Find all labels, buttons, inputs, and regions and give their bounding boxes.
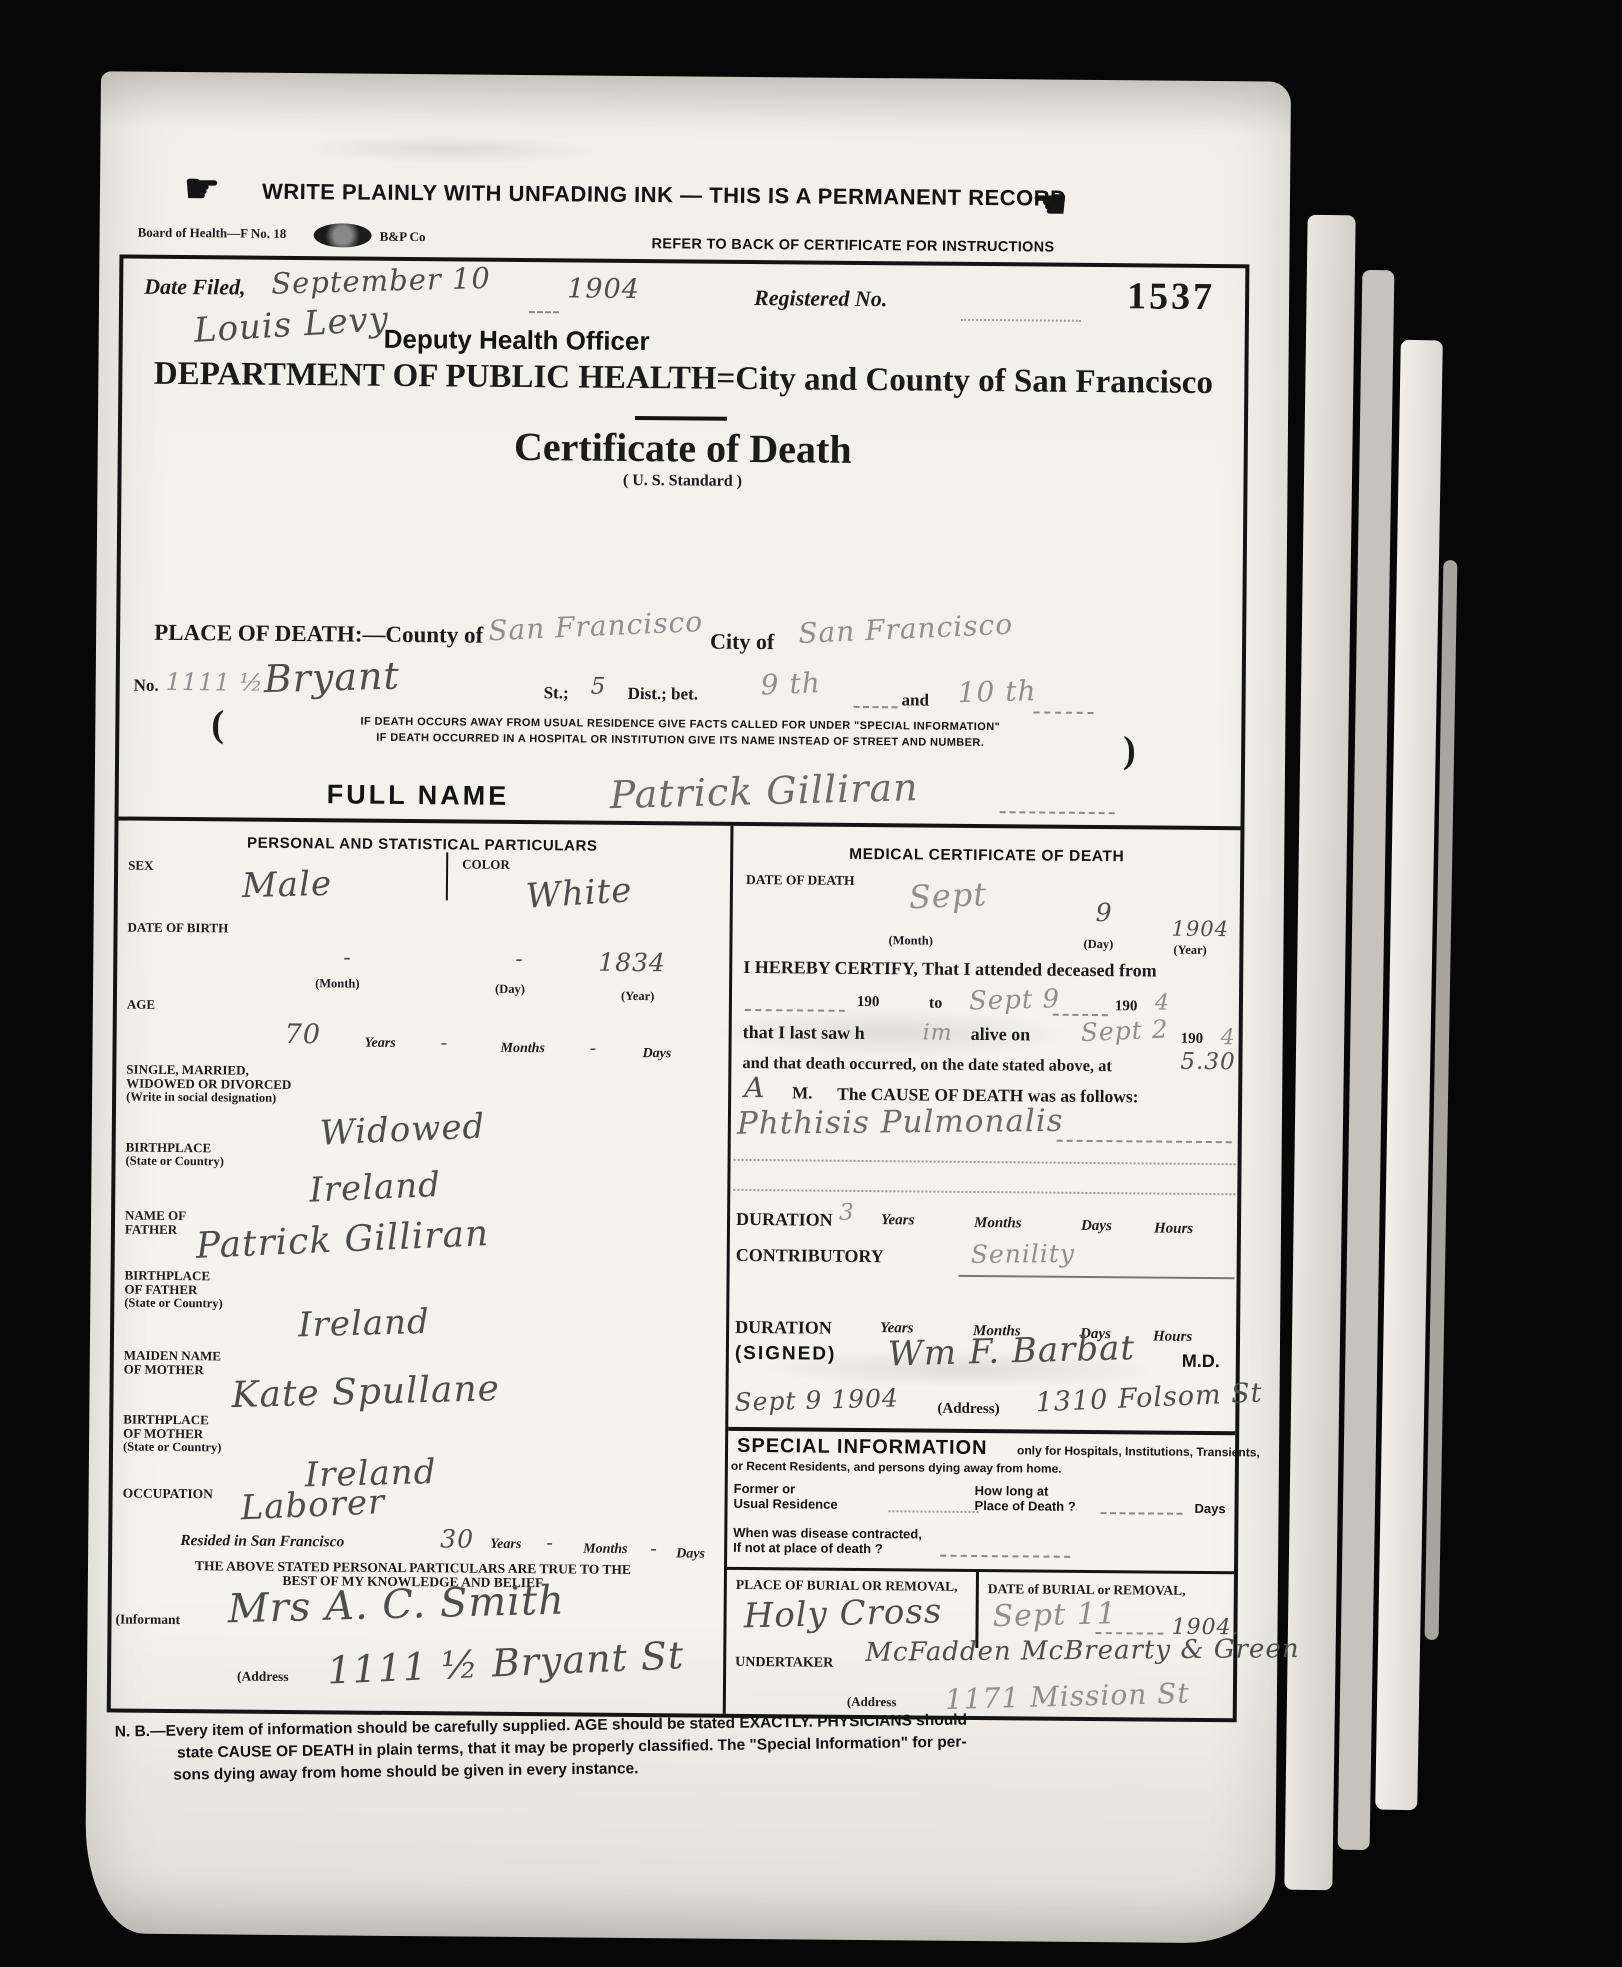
date-of-death-label: DATE OF DEATH (746, 872, 855, 889)
date-of-death-day-value: 9 (1096, 898, 1113, 927)
date-filed-leader (529, 311, 559, 313)
last-saw-label: that I last saw h (743, 1022, 865, 1044)
md-label: M.D. (1182, 1351, 1220, 1372)
special-info-sub1: only for Hospitals, Institutions, Transi… (1017, 1443, 1260, 1459)
banner-text: WRITE PLAINLY WITH UNFADING INK — THIS I… (262, 179, 1067, 212)
signed-address-label: (Address) (937, 1401, 999, 1419)
attended-to-year-label: 190 (1115, 998, 1138, 1015)
resided-years-label: Years (490, 1537, 521, 1553)
registered-no-value: 1537 (1127, 274, 1215, 319)
age-label: AGE (127, 997, 155, 1013)
birthplace-value: Ireland (309, 1165, 442, 1211)
house-number-value: 1111 ½ (166, 668, 264, 697)
undertaker-value: McFadden McBrearty & Green (865, 1634, 1299, 1668)
physician-signature: Wm F. Barbat (887, 1328, 1135, 1374)
and-label: and (902, 690, 930, 710)
date-filed-label: Date Filed, (144, 274, 246, 301)
how-long-label-line2: Place of Death ? (975, 1498, 1076, 1514)
meridiem-label: M. (792, 1083, 812, 1103)
full-name-value: Patrick Gilliran (609, 765, 919, 817)
signed-label: (SIGNED) (735, 1343, 837, 1366)
informant-address-label: (Address (237, 1669, 289, 1685)
fine-print-close-paren: ) (1123, 728, 1136, 772)
death-occurred-label: and that death occurred, on the date sta… (742, 1053, 1112, 1076)
occupation-label: OCCUPATION (123, 1486, 213, 1503)
former-residence-label-line1: Former or (734, 1481, 796, 1497)
attended-from-year-label: 190 (857, 994, 880, 1011)
board-of-health-stamp-icon (314, 223, 372, 248)
color-label: COLOR (462, 856, 510, 872)
attended-to-year-value: 4 (1155, 991, 1170, 1016)
undertaker-label: UNDERTAKER (735, 1655, 833, 1672)
marital-value: Widowed (319, 1106, 486, 1153)
certificate-title: Certificate of Death (118, 419, 1248, 476)
age-months-label: Months (500, 1041, 544, 1057)
color-value: White (525, 870, 634, 916)
burial-place-value: Holy Cross (743, 1591, 943, 1636)
dob-year-label: (Year) (621, 989, 654, 1004)
informant-label: (Informant (115, 1611, 180, 1628)
district-value: 5 (591, 674, 607, 700)
occupation-value: Laborer (240, 1482, 386, 1528)
footnote: N. B.—Every item of information should b… (115, 1708, 1231, 1786)
street-value: Bryant (263, 654, 400, 702)
resided-years-value: 30 (440, 1524, 474, 1553)
mother-name-value: Kate Spullane (231, 1368, 500, 1416)
am-fill-value: A (744, 1071, 766, 1104)
duration-days-label: Days (1081, 1218, 1112, 1235)
title-divider (635, 416, 727, 421)
cause-of-death-value: Phthisis Pulmonalis (737, 1103, 1064, 1142)
duration-label: DURATION (736, 1209, 833, 1231)
how-long-label-line1: How long at (975, 1483, 1049, 1499)
special-info-title: SPECIAL INFORMATION (737, 1435, 988, 1460)
date-filed-year: 1904 (567, 273, 640, 305)
dob-day-label: (Day) (495, 982, 525, 997)
sex-value: Male (241, 864, 332, 906)
age-years-value: 70 (285, 1019, 322, 1050)
duration-years-value: 3 (839, 1200, 855, 1226)
how-long-days-label: Days (1194, 1501, 1225, 1516)
sex-label: SEX (128, 858, 153, 874)
dod-year-label: (Year) (1173, 943, 1206, 958)
certificate-page: ☛ WRITE PLAINLY WITH UNFADING INK — THIS… (85, 71, 1291, 1943)
last-saw-fill-value: im (923, 1021, 953, 1046)
contributory-label: CONTRIBUTORY (736, 1245, 884, 1267)
sex-color-divider (446, 852, 448, 900)
age-years-label: Years (365, 1036, 396, 1052)
resided-months-value: - (546, 1530, 554, 1554)
district-label: Dist.; bet. (628, 684, 699, 705)
between-street-b: 10 th (957, 674, 1037, 709)
undertaker-address-label: (Address (847, 1694, 897, 1710)
age-months-value: - (440, 1030, 448, 1054)
duration2-hours-label: Hours (1153, 1329, 1192, 1346)
printer-mark: B&P Co (380, 229, 426, 245)
last-saw-year-label: 190 (1181, 1031, 1204, 1048)
between-street-a: 9 th (760, 666, 821, 702)
duration-months-label: Months (974, 1215, 1022, 1232)
last-saw-year-value: 4 (1221, 1025, 1236, 1050)
death-time-value: 5.30 (1180, 1049, 1235, 1075)
age-days-label: Days (642, 1046, 671, 1062)
resided-label: Resided in San Francisco (180, 1532, 344, 1551)
date-filed-value: September 10 (271, 261, 491, 301)
form-number: Board of Health—F No. 18 (138, 225, 287, 242)
disease-contracted-label-line1: When was disease contracted, (733, 1525, 922, 1542)
city-label: City of (710, 629, 774, 656)
refer-note: REFER TO BACK OF CERTIFICATE FOR INSTRUC… (651, 236, 1054, 256)
age-days-value: - (589, 1036, 597, 1060)
mother-name-label-line2: OF MOTHER (124, 1362, 204, 1379)
burial-date-value: Sept 11 (992, 1596, 1117, 1634)
dod-month-label: (Month) (888, 933, 933, 948)
disease-contracted-label-line2: If not at place of death ? (733, 1540, 883, 1556)
informant-value: Mrs A. C. Smith (227, 1578, 565, 1633)
dob-year-value: 1834 (598, 948, 666, 978)
signed-date-value: Sept 9 1904 (734, 1383, 899, 1416)
mother-birthplace-sublabel: (State or Country) (123, 1440, 222, 1456)
place-of-death-label: PLACE OF DEATH:—County of (154, 620, 483, 649)
father-birthplace-value: Ireland (298, 1302, 431, 1345)
full-name-label: FULL NAME (327, 779, 510, 812)
officer-title: Deputy Health Officer (384, 324, 650, 357)
resided-days-label: Days (676, 1546, 705, 1562)
pointing-hand-right-icon: ☛ (184, 166, 220, 212)
dob-label: DATE OF BIRTH (128, 920, 229, 937)
dob-day-value: - (515, 947, 524, 972)
marital-label-line3: (Write in social designation) (126, 1090, 276, 1106)
dod-day-label: (Day) (1083, 937, 1113, 952)
dob-month-label: (Month) (315, 976, 360, 991)
father-name-label-line2: FATHER (125, 1222, 177, 1238)
duration2-label: DURATION (735, 1317, 832, 1339)
fine-print-open-paren: ( (211, 702, 224, 746)
duration-years-label: Years (881, 1212, 914, 1229)
contributory-value: Senility (971, 1239, 1075, 1269)
attended-to-value: Sept 9 (969, 984, 1061, 1016)
between-leader-a (854, 706, 898, 708)
father-birthplace-sublabel: (State or Country) (124, 1296, 223, 1312)
date-of-death-month-value: Sept (908, 875, 988, 916)
date-of-death-year-value: 1904 (1172, 917, 1230, 942)
duration-hours-label: Hours (1154, 1221, 1193, 1238)
resided-months-label: Months (583, 1542, 627, 1558)
street-suffix-label: St.; (544, 683, 569, 703)
special-info-sub2: or Recent Residents, and persons dying a… (731, 1459, 1062, 1476)
pointing-hand-left-icon: ☚ (1032, 181, 1068, 227)
house-number-label: No. (134, 676, 159, 696)
birthplace-sublabel: (State or Country) (125, 1154, 224, 1170)
resided-days-value: - (650, 1536, 658, 1560)
former-residence-label-line2: Usual Residence (734, 1496, 838, 1512)
registered-no-label: Registered No. (754, 285, 887, 312)
last-saw-post-label: alive on (971, 1024, 1031, 1046)
dob-month-value: - (343, 945, 352, 970)
to-label: to (929, 995, 942, 1013)
last-saw-date-value: Sept 2 (1080, 1014, 1169, 1047)
certify-line: I HEREBY CERTIFY, That I attended deceas… (743, 957, 1157, 982)
